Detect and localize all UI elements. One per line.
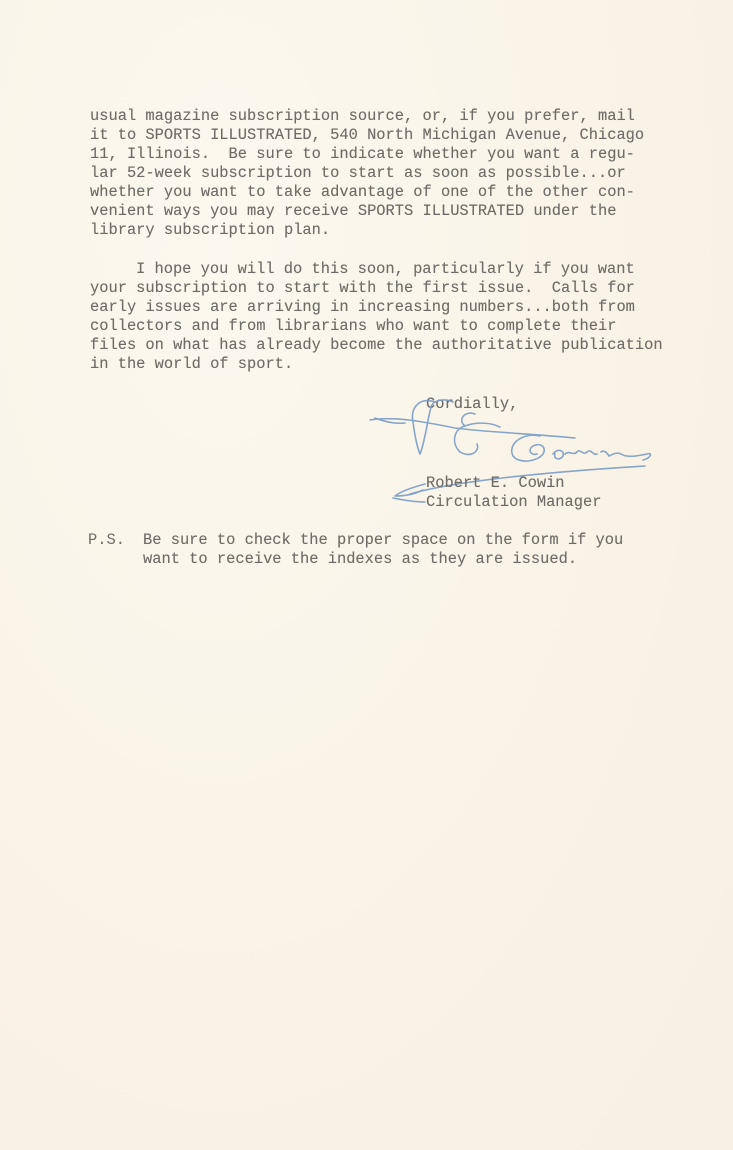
text-line: whether you want to take advantage of on… — [90, 183, 644, 202]
signer-title: Circulation Manager — [426, 493, 601, 512]
text-line: lar 52-week subscription to start as soo… — [90, 164, 644, 183]
letter-page: usual magazine subscription source, or, … — [0, 0, 733, 1150]
paragraph-urgency: I hope you will do this soon, particular… — [90, 260, 663, 374]
text-line: venient ways you may receive SPORTS ILLU… — [90, 202, 644, 221]
text-line: in the world of sport. — [90, 355, 663, 374]
signer-name: Robert E. Cowin — [426, 474, 601, 493]
postscript-label: P.S. — [88, 531, 143, 569]
text-line: want to receive the indexes as they are … — [143, 550, 623, 569]
signature-block: Robert E. Cowin Circulation Manager — [426, 474, 601, 512]
text-line: library subscription plan. — [90, 221, 644, 240]
text-line: early issues are arriving in increasing … — [90, 298, 663, 317]
text-line: Be sure to check the proper space on the… — [143, 531, 623, 550]
text-line: your subscription to start with the firs… — [90, 279, 663, 298]
text-line: 11, Illinois. Be sure to indicate whethe… — [90, 145, 644, 164]
text-line: collectors and from librarians who want … — [90, 317, 663, 336]
text-line: files on what has already become the aut… — [90, 336, 663, 355]
closing-text: Cordially, — [426, 395, 518, 414]
paragraph-subscription-instructions: usual magazine subscription source, or, … — [90, 107, 644, 240]
text-line: I hope you will do this soon, particular… — [90, 260, 663, 279]
text-line: it to SPORTS ILLUSTRATED, 540 North Mich… — [90, 126, 644, 145]
text-line: usual magazine subscription source, or, … — [90, 107, 644, 126]
closing: Cordially, — [426, 395, 518, 414]
postscript: P.S. Be sure to check the proper space o… — [88, 531, 623, 569]
